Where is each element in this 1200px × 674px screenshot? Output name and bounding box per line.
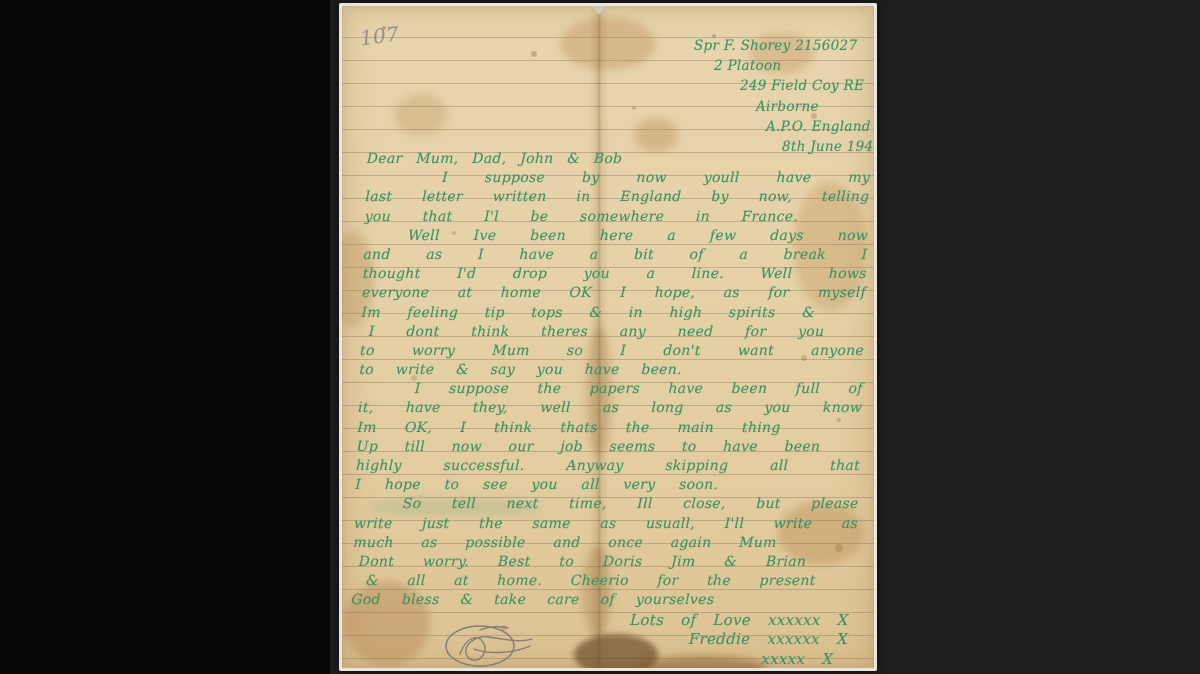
letter-line: youthatI'lbesomewhereinFrance. (364, 208, 798, 227)
letter-line: it,havethey,wellaslongasyouknow (358, 399, 863, 418)
signoff-line: xxxxx X (349, 650, 848, 668)
fold-notch (592, 6, 606, 15)
letter-line: lastletterwritteninEnglandbynow,telling (365, 188, 870, 207)
letter-line: writejustthesameasusuall,I'llwriteas (354, 515, 859, 534)
header-line: A.P.O. England (694, 117, 870, 137)
signoff-line: Lots of Love xxxxxx X (350, 611, 849, 631)
letter-line: Isupposethepapershavebeenfullof (414, 380, 863, 399)
letter-line: towrite&sayyouhavebeen. (359, 361, 682, 380)
header-line: 2 Platoon (694, 56, 870, 76)
letter-text: Dear Mum, Dad, John & Bob Isupposebynowy… (349, 150, 871, 668)
letter-body: Isupposebynowyoullhavemylastletterwritte… (351, 169, 870, 610)
letter-line: muchaspossibleandonceagainMum (353, 534, 777, 553)
header-line: Airborne (694, 97, 870, 117)
header-line: 249 Field Coy RE (694, 76, 870, 96)
scan-backdrop: 107 Spr F. Shorey 21560272 Platoon249 Fi… (330, 0, 1200, 674)
letter-line: everyoneathomeOKIhope,asformyself (362, 284, 867, 303)
letter-paper: 107 Spr F. Shorey 21560272 Platoon249 Fi… (342, 6, 874, 668)
letter-line: toworryMumsoIdon'twantanyone (360, 342, 865, 361)
pencil-scribble (438, 620, 568, 668)
letter-line: thoughtI'ddropyoualine.Wellhows (362, 265, 867, 284)
letter-line: Dontworry.BesttoDorisJim&Brian (358, 553, 806, 572)
letter-line: WellIvebeenhereafewdaysnow (408, 227, 869, 246)
letter-signoff: Lots of Love xxxxxx XFreddie xxxxxx Xxxx… (349, 611, 855, 669)
letter-line: Idontthinktheresanyneedforyou (368, 323, 824, 342)
letter-line: Uptillnowourjobseemstohavebeen (356, 438, 820, 457)
letter-header: Spr F. Shorey 21560272 Platoon249 Field … (694, 36, 870, 157)
paper-stain (634, 118, 678, 152)
letter-line: Sotellnexttime,Illclose,butplease (402, 495, 859, 514)
pencil-page-number: 107 (359, 22, 401, 51)
letter-line: &allathome.Cheerioforthepresent (366, 572, 816, 591)
letter-line: ImOK,Ithinkthatsthemainthing (357, 419, 781, 438)
letter-scan: 107 Spr F. Shorey 21560272 Platoon249 Fi… (339, 3, 877, 671)
letter-line: Ihopetoseeyouallverysoon. (355, 476, 719, 495)
paper-stain (394, 94, 448, 136)
letter-line: Imfeelingtiptops&inhighspirits& (361, 304, 815, 323)
header-line: Spr F. Shorey 2156027 (694, 36, 870, 56)
viewer-background: 107 Spr F. Shorey 21560272 Platoon249 Fi… (0, 0, 1200, 674)
letter-line: Godbless&takecareofyourselves (351, 591, 715, 610)
salutation-line: Dear Mum, Dad, John & Bob (366, 150, 871, 169)
letter-line: andasIhaveabitofabreakI (363, 246, 868, 265)
letter-line: Isupposebynowyoullhavemy (442, 169, 871, 188)
signoff-line: Freddie xxxxxx X (350, 630, 849, 650)
letter-line: highlysuccessful.Anywayskippingallthat (356, 457, 861, 476)
